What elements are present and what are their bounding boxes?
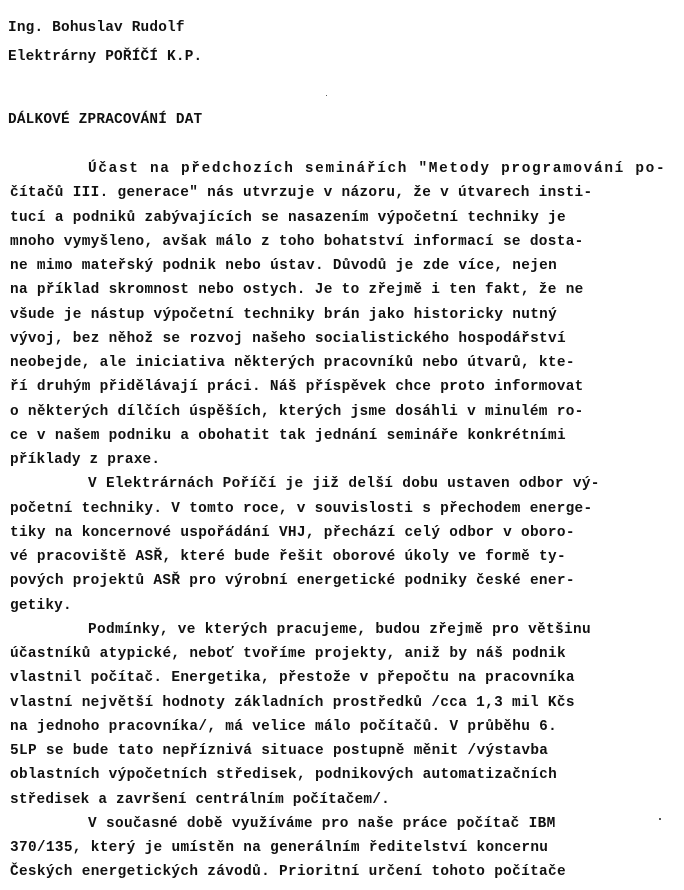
text-line: Podmínky, ve kterých pracujeme, budou zř… [10,618,666,642]
text-line: V současné době využíváme pro naše práce… [10,812,666,836]
scanned-document-page: Ing. Bohuslav Rudolf Elektrárny POŘÍČÍ K… [0,0,684,890]
scan-speck [326,95,327,96]
text-line: o některých dílčích úspěších, kterých js… [10,400,666,424]
text-line: vlastnil počítač. Energetika, přestože v… [10,666,666,690]
text-line: tiky na koncernové uspořádání VHJ, přech… [10,521,666,545]
text-line: mnoho vymyšleno, avšak málo z toho bohat… [10,230,666,254]
text-line: příklady z praxe. [10,448,666,472]
text-line: účastníků atypické, neboť tvoříme projek… [10,642,666,666]
text-line: na jednoho pracovníka/, má velice málo p… [10,715,666,739]
text-line: středisek a završení centrálním počítače… [10,788,666,812]
author-name: Ing. Bohuslav Rudolf [8,20,185,36]
text-line: tucí a podniků zabývajících se nasazením… [10,206,666,230]
text-line: vé pracoviště ASŘ, které bude řešit obor… [10,545,666,569]
text-line: ce v našem podniku a obohatit tak jednán… [10,424,666,448]
document-title: DÁLKOVÉ ZPRACOVÁNÍ DAT [8,112,202,128]
text-line: oblastních výpočetních středisek, podnik… [10,763,666,787]
organization-name: Elektrárny POŘÍČÍ K.P. [8,49,202,65]
text-line: všude je nástup výpočetní techniky brán … [10,303,666,327]
text-line: vývoj, bez něhož se rozvoj našeho social… [10,327,666,351]
text-line: V Elektrárnách Poříčí je již delší dobu … [10,472,666,496]
text-line: 370/135, který je umístěn na generálním … [10,836,666,860]
text-line: vlastní největší hodnoty základních pros… [10,691,666,715]
text-line: čítačů III. generace" nás utvrzuje v náz… [10,181,666,205]
text-line: Účast na předchozích seminářích "Metody … [10,157,666,181]
text-line: na příklad skromnost nebo ostych. Je to … [10,278,666,302]
body-text: Účast na předchozích seminářích "Metody … [10,157,666,885]
text-line: ne mimo mateřský podnik nebo ústav. Důvo… [10,254,666,278]
text-line: neobejde, ale iniciativa některých praco… [10,351,666,375]
text-line: Českých energetických závodů. Prioritní … [10,860,666,884]
text-line: pových projektů ASŘ pro výrobní energeti… [10,569,666,593]
text-line: ří druhým přidělávají práci. Náš příspěv… [10,375,666,399]
scan-speck [659,818,661,820]
text-line: getiky. [10,594,666,618]
text-line: 5LP se bude tato nepříznivá situace post… [10,739,666,763]
text-line: početní techniky. V tomto roce, v souvis… [10,497,666,521]
